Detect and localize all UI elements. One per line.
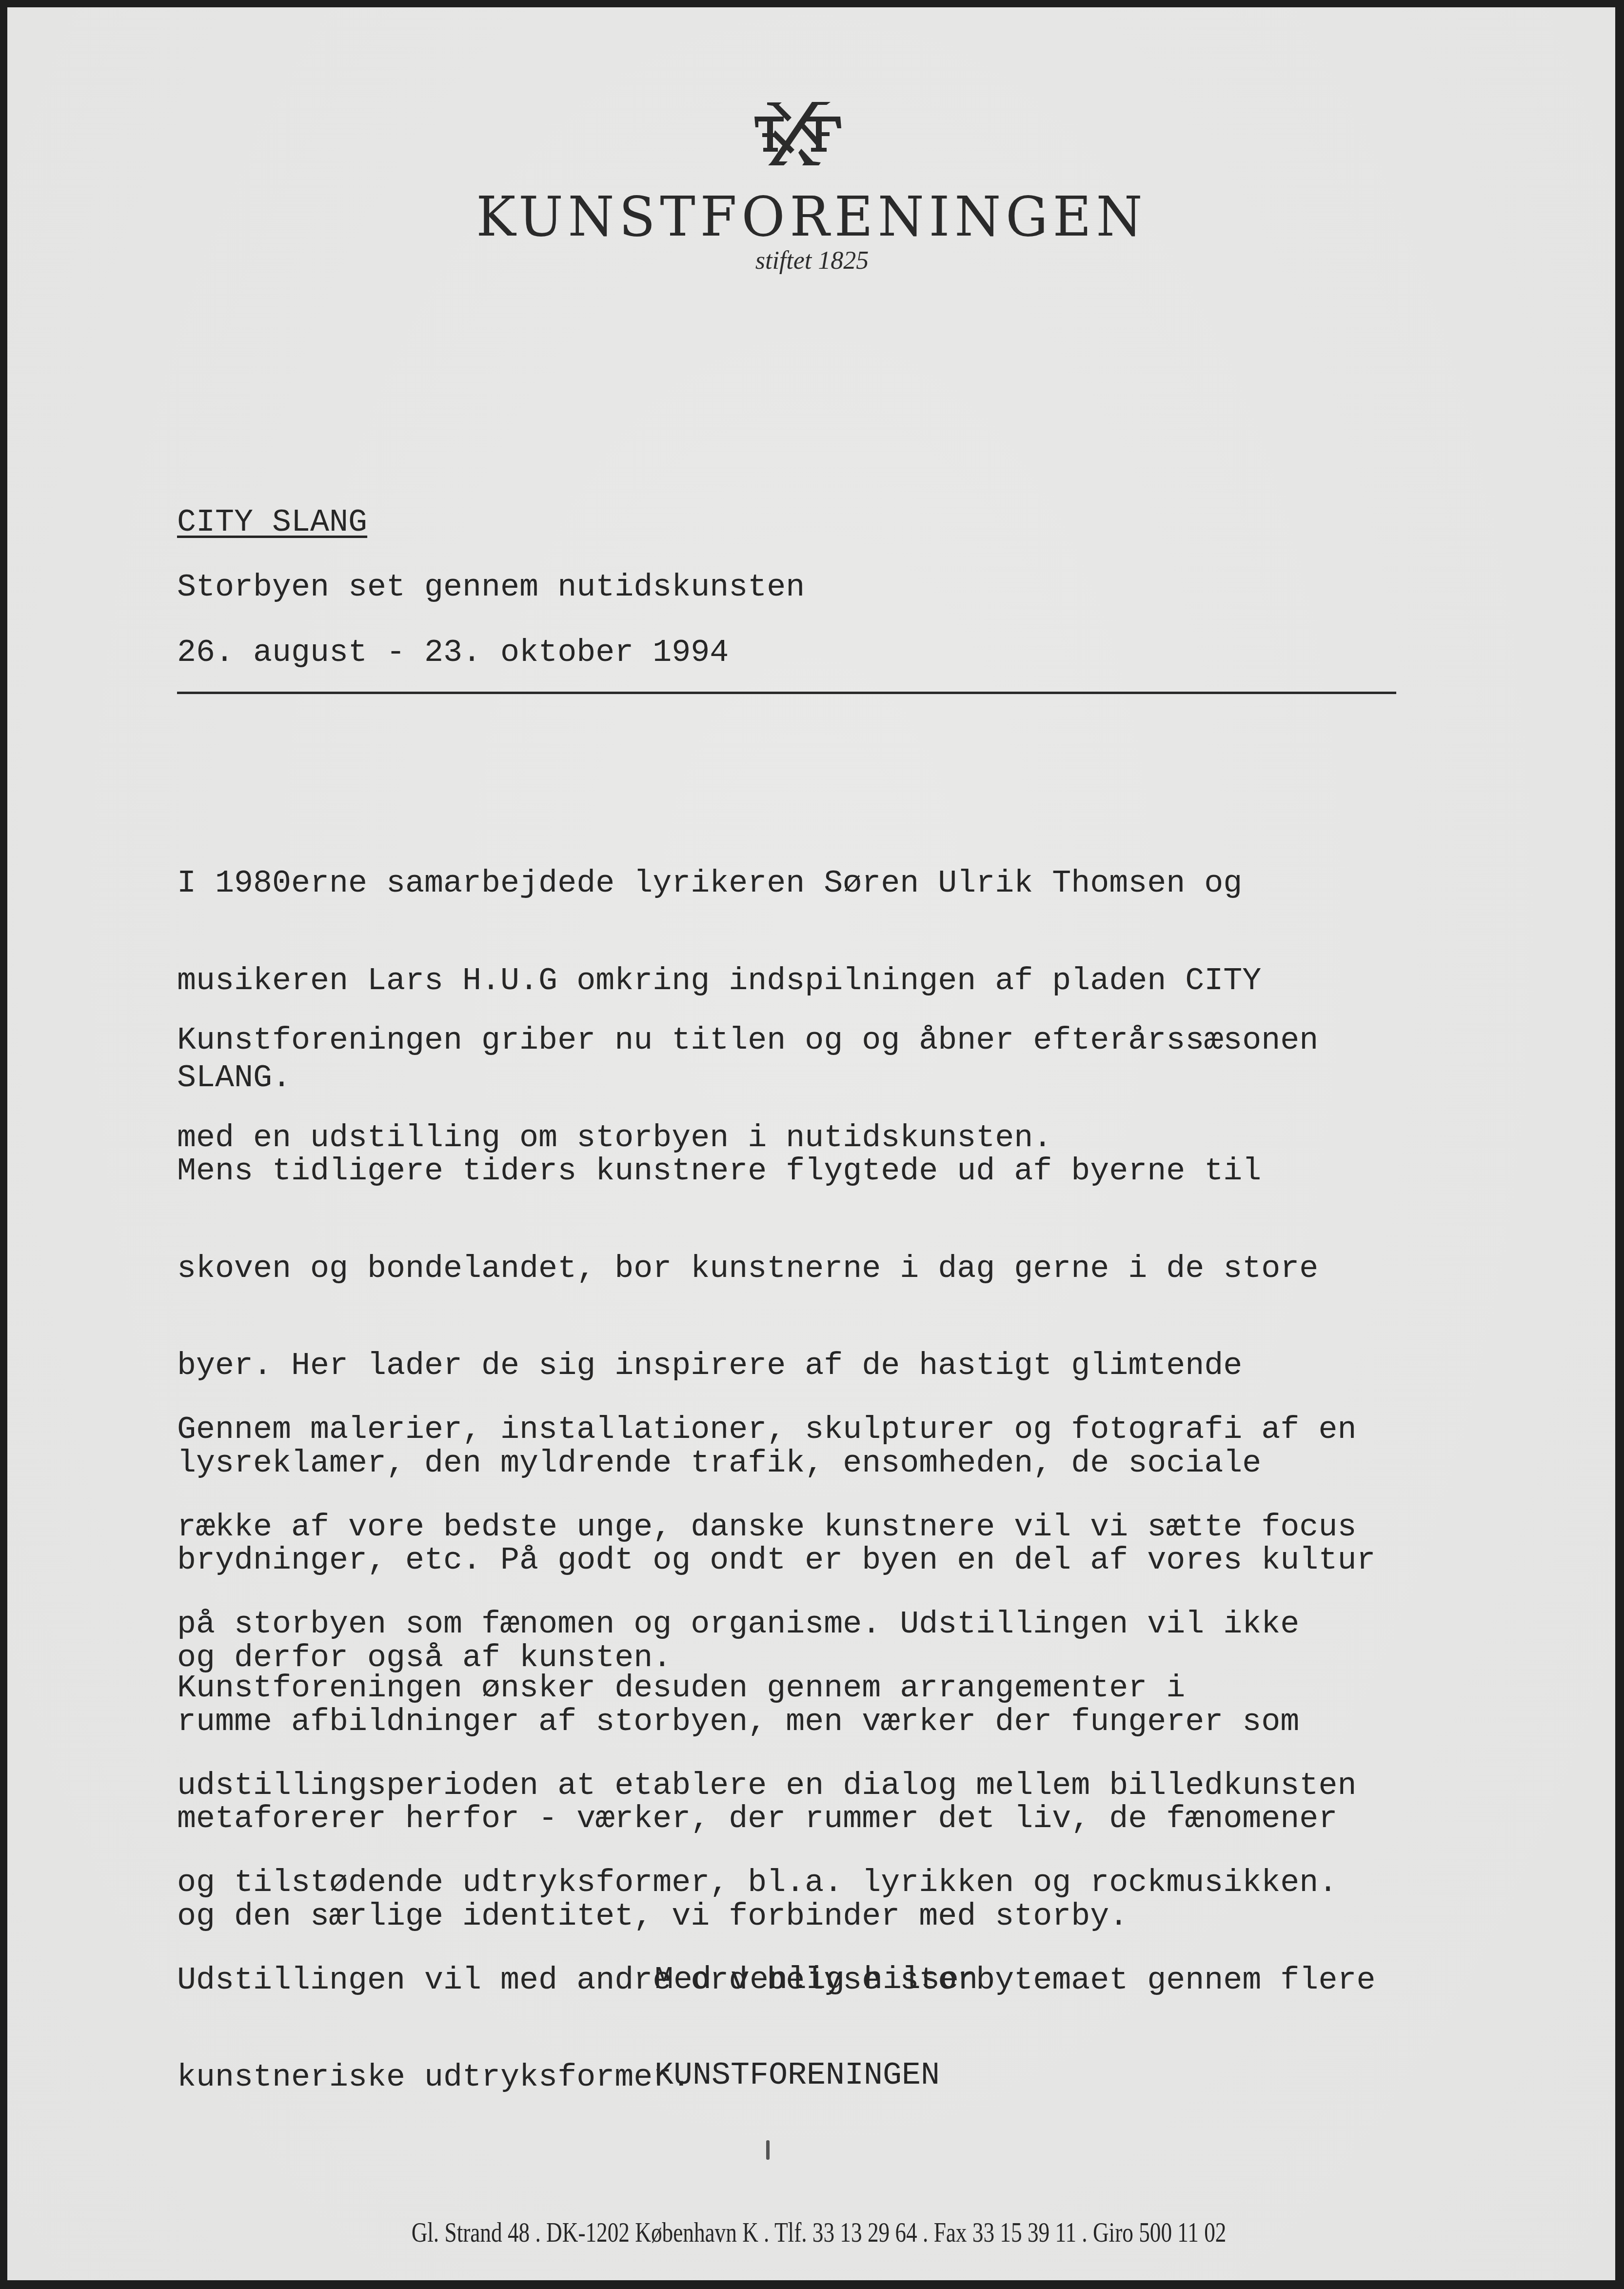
text-line: Mens tidligere tiders kunstnere flygtede… [177,1155,1375,1188]
text-line: skoven og bondelandet, bor kunstnerne i … [177,1253,1375,1285]
signature-block: Med venlig hilsen KUNSTFORENINGEN [654,1899,978,2123]
text-line: Kunstforeningen griber nu titlen og og å… [177,1024,1318,1057]
closing-salutation: Med venlig hilsen [654,1964,978,1994]
founded-tagline: stiftet 1825 [0,246,1624,276]
text-line: I 1980erne samarbejdede lyrikeren Søren … [177,867,1261,900]
organization-name: KUNSTFORENINGEN [24,183,1599,251]
text-line: Gennem malerier, installationer, skulptu… [177,1413,1356,1446]
text-line: Kunstforeningen ønsker desuden gennem ar… [177,1672,1375,1705]
exhibition-dates: 26. august - 23. oktober 1994 [177,637,729,669]
text-line: og tilstødende udtryksformer, bl.a. lyri… [177,1867,1375,1899]
text-line: udstillingsperioden at etablere en dialo… [177,1770,1375,1802]
footer-address: Gl. Strand 48 . DK-1202 København K . Tl… [412,2216,1227,2249]
kf-monogram-icon [753,100,846,168]
ink-mark [766,2140,770,2160]
horizontal-divider [177,692,1396,694]
sender-name: KUNSTFORENINGEN [654,2059,978,2090]
exhibition-subtitle: Storbyen set gennem nutidskunsten [177,571,805,604]
letterhead-footer: Gl. Strand 48 . DK-1202 København K . Tl… [0,2184,1624,2249]
text-line: række af vore bedste unge, danske kunstn… [177,1511,1356,1544]
exhibition-title: CITY SLANG [177,506,367,539]
